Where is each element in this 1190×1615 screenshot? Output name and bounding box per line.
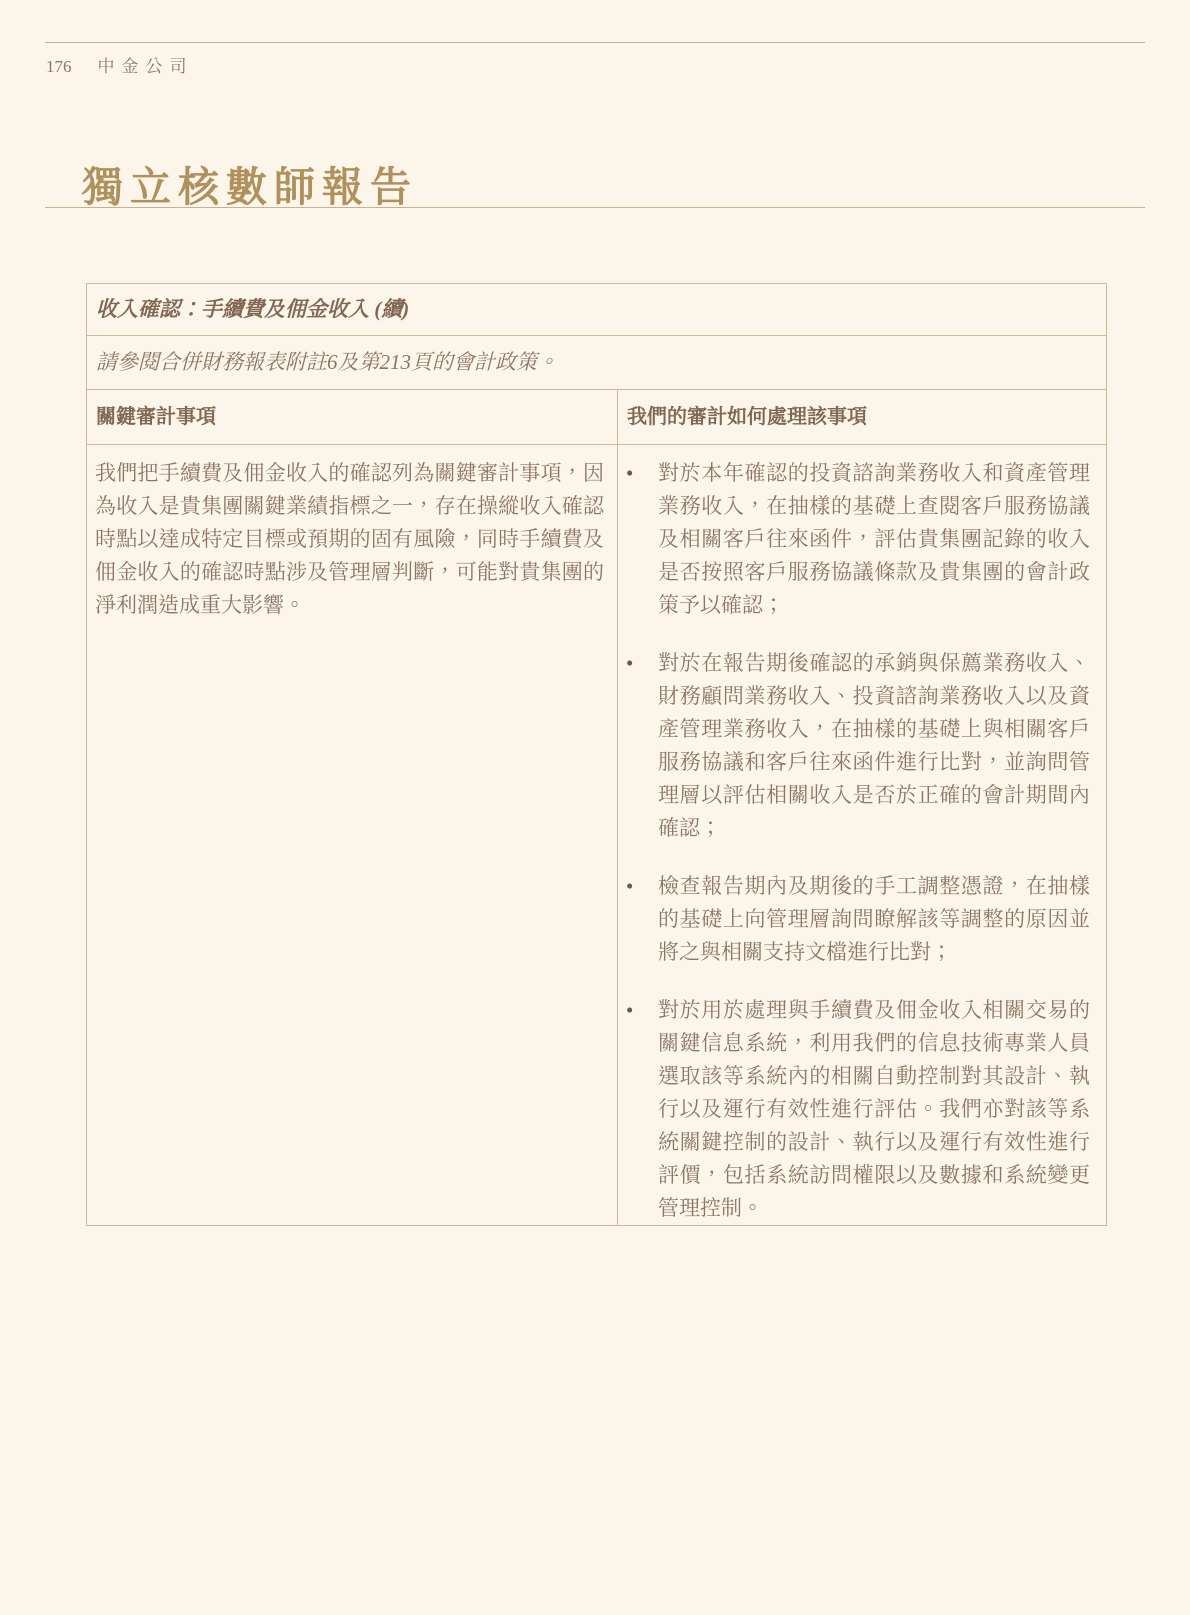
column-header-key-audit-matter: 關鍵審計事項 [87, 390, 618, 445]
page-header: 176 中金公司 [46, 52, 194, 77]
list-item: 對於在報告期後確認的承銷與保薦業務收入、財務顧問業務收入、投資諮詢業務收入以及資… [624, 647, 1090, 845]
key-audit-matter-table: 收入確認：手續費及佣金收入 (續) 請參閱合併財務報表附註6及第213頁的會計政… [86, 283, 1107, 1226]
page-number: 176 [46, 57, 72, 77]
key-audit-matter-paragraph: 我們把手續費及佣金收入的確認列為關鍵審計事項，因為收入是貴集團關鍵業績指標之一，… [87, 445, 617, 622]
list-item: 對於用於處理與手續費及佣金收入相關交易的關鍵信息系統，利用我們的信息技術專業人員… [624, 994, 1090, 1225]
table-row-caption: 收入確認：手續費及佣金收入 (續) [87, 284, 1107, 336]
table-row-body: 我們把手續費及佣金收入的確認列為關鍵審計事項，因為收入是貴集團關鍵業績指標之一，… [87, 445, 1107, 1226]
list-item: 檢查報告期內及期後的手工調整憑證，在抽樣的基礎上向管理層詢問瞭解該等調整的原因並… [624, 870, 1090, 969]
key-audit-matter-cell: 我們把手續費及佣金收入的確認列為關鍵審計事項，因為收入是貴集團關鍵業績指標之一，… [87, 445, 618, 1226]
table-row-reference: 請參閱合併財務報表附註6及第213頁的會計政策。 [87, 336, 1107, 390]
table-row-headers: 關鍵審計事項 我們的審計如何處理該事項 [87, 390, 1107, 445]
table-reference-note: 請參閱合併財務報表附註6及第213頁的會計政策。 [87, 336, 1107, 390]
report-page: 176 中金公司 獨立核數師報告 收入確認：手續費及佣金收入 (續) 請參閱合併… [0, 0, 1190, 1615]
top-divider [45, 42, 1145, 43]
audit-response-list: 對於本年確認的投資諮詢業務收入和資產管理業務收入，在抽樣的基礎上查閱客戶服務協議… [618, 445, 1106, 1225]
company-name: 中金公司 [98, 52, 194, 77]
list-item: 對於本年確認的投資諮詢業務收入和資產管理業務收入，在抽樣的基礎上查閱客戶服務協議… [624, 457, 1090, 622]
column-header-audit-response: 我們的審計如何處理該事項 [618, 390, 1107, 445]
page-title: 獨立核數師報告 [82, 167, 418, 208]
audit-response-cell: 對於本年確認的投資諮詢業務收入和資產管理業務收入，在抽樣的基礎上查閱客戶服務協議… [618, 445, 1107, 1226]
table-caption: 收入確認：手續費及佣金收入 (續) [87, 284, 1107, 336]
title-divider [45, 207, 1145, 208]
